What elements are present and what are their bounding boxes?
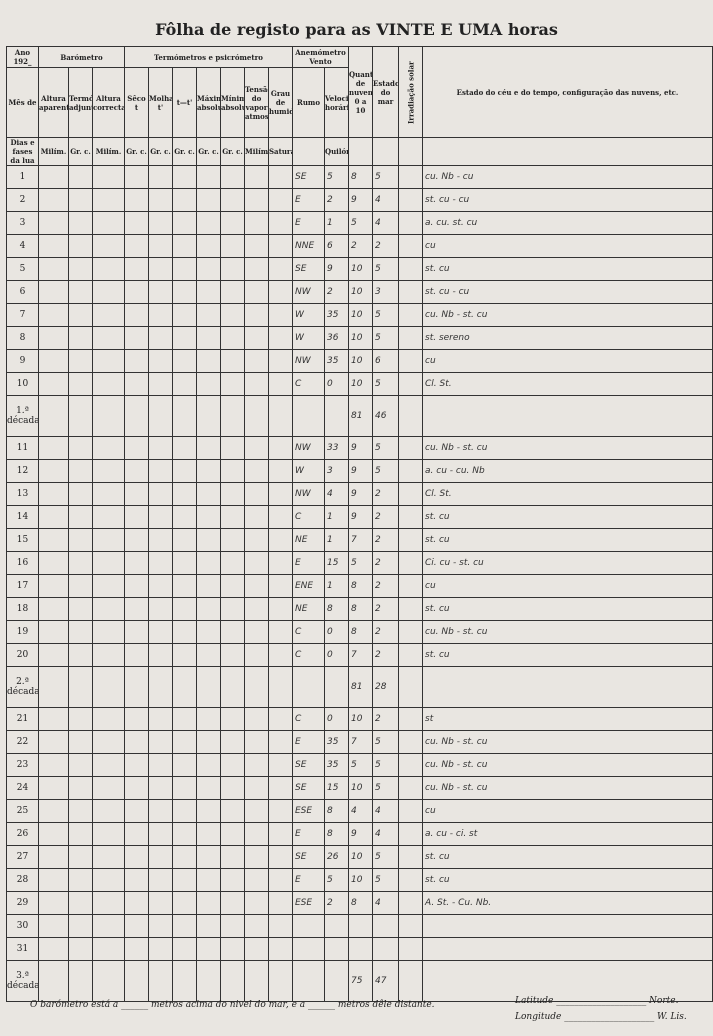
decade-label: 3.ª década (7, 961, 39, 1002)
value-cell (269, 460, 293, 483)
value-cell (173, 166, 197, 189)
value-cell (173, 529, 197, 552)
value-cell (197, 800, 221, 823)
value-cell (173, 621, 197, 644)
value-cell (149, 166, 173, 189)
value-cell (197, 731, 221, 754)
value-cell (399, 938, 423, 961)
value-cell (423, 938, 713, 961)
value-cell (197, 777, 221, 800)
value-cell (245, 731, 269, 754)
value-cell (39, 961, 69, 1002)
value-cell (149, 708, 173, 731)
value-cell (149, 437, 173, 460)
value-cell: 4 (373, 189, 399, 212)
value-cell: 3 (325, 460, 349, 483)
value-cell: Cl. St. (423, 373, 713, 396)
value-cell (125, 506, 149, 529)
value-cell (149, 460, 173, 483)
value-cell (423, 667, 713, 708)
value-cell (69, 437, 93, 460)
value-cell (173, 961, 197, 1002)
value-cell (197, 708, 221, 731)
table-row: 27SE26105st. cu (7, 846, 713, 869)
solar-header: Irradiação solar (399, 47, 423, 138)
value-cell: 2 (373, 644, 399, 667)
value-cell (173, 212, 197, 235)
value-cell: 5 (373, 777, 399, 800)
value-cell: 2 (349, 235, 373, 258)
day-cell: 22 (7, 731, 39, 754)
value-cell: 2 (373, 483, 399, 506)
table-row: 11NW3395cu. Nb - st. cu (7, 437, 713, 460)
value-cell: 5 (373, 304, 399, 327)
value-cell (269, 437, 293, 460)
value-cell (269, 754, 293, 777)
value-cell (269, 644, 293, 667)
value-cell: 47 (373, 961, 399, 1002)
value-cell (173, 754, 197, 777)
value-cell: 10 (349, 350, 373, 373)
day-cell: 1 (7, 166, 39, 189)
value-cell (325, 938, 349, 961)
value-cell (69, 552, 93, 575)
value-cell (399, 281, 423, 304)
value-cell (245, 892, 269, 915)
value-cell (69, 777, 93, 800)
value-cell: st. cu (423, 846, 713, 869)
value-cell (197, 892, 221, 915)
value-cell (69, 731, 93, 754)
value-cell (221, 373, 245, 396)
value-cell (69, 212, 93, 235)
table-row: 20C072st. cu (7, 644, 713, 667)
value-cell (125, 575, 149, 598)
value-cell (93, 869, 125, 892)
value-cell: Cl. St. (423, 483, 713, 506)
longitude-line: Longitude ____________________ W. Lis. (515, 1012, 687, 1022)
value-cell (245, 823, 269, 846)
value-cell: 2 (325, 189, 349, 212)
value-cell (221, 304, 245, 327)
value-cell (69, 754, 93, 777)
table-row: 10C0105Cl. St. (7, 373, 713, 396)
day-cell: 7 (7, 304, 39, 327)
value-cell (69, 708, 93, 731)
value-cell: 8 (349, 598, 373, 621)
value-cell (245, 483, 269, 506)
unit-cell: Milím. (39, 138, 69, 166)
value-cell (221, 166, 245, 189)
value-cell (221, 506, 245, 529)
value-cell (93, 846, 125, 869)
value-cell: st. cu - cu (423, 281, 713, 304)
value-cell: 8 (325, 823, 349, 846)
value-cell (197, 304, 221, 327)
value-cell (173, 915, 197, 938)
value-cell (173, 506, 197, 529)
value-cell: a. cu - cu. Nb (423, 460, 713, 483)
value-cell (293, 667, 325, 708)
value-cell: 5 (349, 212, 373, 235)
value-cell: 5 (373, 166, 399, 189)
value-cell (39, 621, 69, 644)
value-cell (93, 938, 125, 961)
day-cell: 12 (7, 460, 39, 483)
value-cell (197, 506, 221, 529)
value-cell (173, 708, 197, 731)
day-cell: 13 (7, 483, 39, 506)
value-cell (125, 598, 149, 621)
value-cell (245, 777, 269, 800)
value-cell: E (293, 823, 325, 846)
value-cell (221, 189, 245, 212)
value-cell: E (293, 552, 325, 575)
value-cell (125, 708, 149, 731)
h-minima: Mínima absoluta (221, 68, 245, 138)
value-cell (269, 846, 293, 869)
value-cell (269, 823, 293, 846)
value-cell (93, 621, 125, 644)
value-cell (69, 166, 93, 189)
unit-cell (399, 138, 423, 166)
value-cell (173, 552, 197, 575)
value-cell: C (293, 506, 325, 529)
value-cell (125, 529, 149, 552)
value-cell (269, 235, 293, 258)
value-cell: NW (293, 483, 325, 506)
h-grau: Grau de humidade (269, 68, 293, 138)
value-cell: NE (293, 598, 325, 621)
value-cell (399, 667, 423, 708)
value-cell (93, 327, 125, 350)
value-cell (149, 483, 173, 506)
h-termometro: Termómetro adjunto (69, 68, 93, 138)
value-cell (245, 529, 269, 552)
value-cell (125, 304, 149, 327)
value-cell (245, 800, 269, 823)
value-cell (399, 437, 423, 460)
value-cell: a. cu - ci. st (423, 823, 713, 846)
value-cell (197, 235, 221, 258)
value-cell (69, 189, 93, 212)
value-cell: st (423, 708, 713, 731)
value-cell (125, 189, 149, 212)
value-cell (423, 915, 713, 938)
value-cell: 10 (349, 777, 373, 800)
value-cell (197, 189, 221, 212)
h-seco: Sêco t (125, 68, 149, 138)
value-cell (269, 575, 293, 598)
value-cell (173, 304, 197, 327)
value-cell: 2 (373, 621, 399, 644)
value-cell (149, 598, 173, 621)
table-row: 23SE3555cu. Nb - st. cu (7, 754, 713, 777)
value-cell: 33 (325, 437, 349, 460)
value-cell: SE (293, 754, 325, 777)
year-header: Ano 192_ (7, 47, 39, 68)
value-cell (197, 598, 221, 621)
value-cell (173, 437, 197, 460)
value-cell (149, 823, 173, 846)
value-cell (69, 529, 93, 552)
value-cell (93, 529, 125, 552)
value-cell (149, 731, 173, 754)
value-cell: 5 (325, 166, 349, 189)
value-cell (69, 800, 93, 823)
value-cell (93, 708, 125, 731)
value-cell (245, 667, 269, 708)
value-cell (399, 483, 423, 506)
value-cell (93, 552, 125, 575)
value-cell (149, 189, 173, 212)
anemometer-header: AnemómetroVento (293, 47, 349, 68)
value-cell (399, 258, 423, 281)
table-row: 8W36105st. sereno (7, 327, 713, 350)
thermometers-header: Termómetros e psicrómetro (125, 47, 293, 68)
value-cell: a. cu. st. cu (423, 212, 713, 235)
value-cell: 2 (325, 892, 349, 915)
value-cell: 15 (325, 552, 349, 575)
value-cell: C (293, 373, 325, 396)
value-cell (221, 869, 245, 892)
sky-header: Estado do céu e do tempo, configuração d… (423, 47, 713, 138)
value-cell: 4 (373, 212, 399, 235)
table-row: 26E894a. cu - ci. st (7, 823, 713, 846)
value-cell: 2 (373, 598, 399, 621)
value-cell: 8 (325, 800, 349, 823)
value-cell (39, 281, 69, 304)
value-cell (197, 327, 221, 350)
value-cell (173, 483, 197, 506)
value-cell (93, 598, 125, 621)
value-cell (399, 800, 423, 823)
value-cell (245, 915, 269, 938)
barometer-header: Barómetro (39, 47, 125, 68)
value-cell (149, 212, 173, 235)
table-row: 13NW492Cl. St. (7, 483, 713, 506)
value-cell (149, 915, 173, 938)
value-cell: 10 (349, 869, 373, 892)
table-row: 12W395a. cu - cu. Nb (7, 460, 713, 483)
value-cell: ESE (293, 892, 325, 915)
h-velocidade: Velocidade horária (325, 68, 349, 138)
day-cell: 19 (7, 621, 39, 644)
value-cell (93, 189, 125, 212)
h-altura-aparente: Altura aparente (39, 68, 69, 138)
value-cell (39, 644, 69, 667)
value-cell: 35 (325, 754, 349, 777)
value-cell: 35 (325, 350, 349, 373)
value-cell (125, 800, 149, 823)
value-cell: 10 (349, 327, 373, 350)
value-cell: 3 (373, 281, 399, 304)
value-cell (39, 235, 69, 258)
value-cell (69, 644, 93, 667)
value-cell (269, 327, 293, 350)
value-cell (69, 823, 93, 846)
value-cell: cu. Nb - st. cu (423, 437, 713, 460)
value-cell (325, 667, 349, 708)
value-cell: 5 (373, 437, 399, 460)
table-row: 16E1552Ci. cu - st. cu (7, 552, 713, 575)
unit-cell: Saturação=100 (269, 138, 293, 166)
value-cell (269, 529, 293, 552)
value-cell (221, 961, 245, 1002)
value-cell (245, 350, 269, 373)
value-cell: Ci. cu - st. cu (423, 552, 713, 575)
value-cell (245, 552, 269, 575)
value-cell (69, 961, 93, 1002)
day-cell: 3 (7, 212, 39, 235)
day-cell: 14 (7, 506, 39, 529)
value-cell (93, 258, 125, 281)
value-cell (93, 460, 125, 483)
value-cell (39, 396, 69, 437)
unit-cell (373, 138, 399, 166)
value-cell (149, 846, 173, 869)
value-cell: 5 (373, 373, 399, 396)
value-cell (149, 800, 173, 823)
value-cell: 2 (373, 235, 399, 258)
table-row: 5SE9105st. cu (7, 258, 713, 281)
barometer-note: O barómetro está a ______ metros acima d… (30, 1000, 435, 1010)
h-tensao: Tensão do vapor atmosférico (245, 68, 269, 138)
value-cell: 9 (349, 823, 373, 846)
value-cell (173, 189, 197, 212)
value-cell (93, 396, 125, 437)
value-cell: 6 (373, 350, 399, 373)
value-cell (399, 846, 423, 869)
value-cell: 2 (325, 281, 349, 304)
value-cell (221, 598, 245, 621)
value-cell (221, 575, 245, 598)
value-cell (125, 621, 149, 644)
value-cell: A. St. - Cu. Nb. (423, 892, 713, 915)
value-cell (93, 754, 125, 777)
value-cell (125, 235, 149, 258)
value-cell: E (293, 212, 325, 235)
value-cell (399, 823, 423, 846)
value-cell: 9 (349, 189, 373, 212)
h-dias: Dias e fases da lua (7, 138, 39, 166)
value-cell: 5 (373, 869, 399, 892)
value-cell (149, 396, 173, 437)
value-cell (125, 437, 149, 460)
value-cell: 8 (349, 575, 373, 598)
value-cell: 4 (349, 800, 373, 823)
value-cell (39, 938, 69, 961)
day-cell: 30 (7, 915, 39, 938)
day-cell: 17 (7, 575, 39, 598)
value-cell (197, 754, 221, 777)
h-rumo: Rumo (293, 68, 325, 138)
value-cell (125, 938, 149, 961)
value-cell (173, 644, 197, 667)
table-row: 22E3575cu. Nb - st. cu (7, 731, 713, 754)
value-cell (173, 396, 197, 437)
value-cell (69, 483, 93, 506)
value-cell (93, 373, 125, 396)
value-cell (39, 189, 69, 212)
value-cell: 36 (325, 327, 349, 350)
value-cell: 4 (373, 800, 399, 823)
value-cell (39, 915, 69, 938)
value-cell (399, 644, 423, 667)
value-cell (69, 327, 93, 350)
h-altura-correcta: Altura correcta (93, 68, 125, 138)
value-cell (149, 869, 173, 892)
value-cell (197, 166, 221, 189)
value-cell (399, 350, 423, 373)
value-cell (39, 892, 69, 915)
decade-summary-row: 2.ª década8128 (7, 667, 713, 708)
value-cell (245, 644, 269, 667)
value-cell (221, 396, 245, 437)
value-cell (221, 846, 245, 869)
value-cell (221, 281, 245, 304)
value-cell (269, 552, 293, 575)
value-cell (399, 869, 423, 892)
unit-cell: Milím. (93, 138, 125, 166)
value-cell: 81 (349, 396, 373, 437)
value-cell: 5 (373, 327, 399, 350)
table-row: 17ENE182cu (7, 575, 713, 598)
value-cell (325, 961, 349, 1002)
value-cell (269, 800, 293, 823)
value-cell: E (293, 731, 325, 754)
day-cell: 21 (7, 708, 39, 731)
value-cell: 1 (325, 212, 349, 235)
value-cell (149, 575, 173, 598)
value-cell (269, 667, 293, 708)
value-cell: 9 (349, 460, 373, 483)
value-cell (399, 396, 423, 437)
decade-summary-row: 1.ª década8146 (7, 396, 713, 437)
value-cell (39, 460, 69, 483)
value-cell: 10 (349, 373, 373, 396)
value-cell: ESE (293, 800, 325, 823)
table-row: 2E294st. cu - cu (7, 189, 713, 212)
value-cell (149, 529, 173, 552)
value-cell (221, 823, 245, 846)
value-cell: 8 (349, 892, 373, 915)
value-cell: W (293, 327, 325, 350)
value-cell: cu. Nb - st. cu (423, 731, 713, 754)
day-cell: 24 (7, 777, 39, 800)
value-cell (197, 258, 221, 281)
value-cell (399, 235, 423, 258)
value-cell: 10 (349, 304, 373, 327)
value-cell (149, 327, 173, 350)
value-cell: 8 (325, 598, 349, 621)
value-cell: 6 (325, 235, 349, 258)
value-cell: NW (293, 350, 325, 373)
value-cell (39, 777, 69, 800)
unit-cell: Gr. c. (221, 138, 245, 166)
day-cell: 23 (7, 754, 39, 777)
value-cell (149, 644, 173, 667)
value-cell (245, 304, 269, 327)
value-cell: cu. Nb - st. cu (423, 754, 713, 777)
value-cell (245, 506, 269, 529)
value-cell: 7 (349, 644, 373, 667)
value-cell (197, 869, 221, 892)
value-cell (269, 189, 293, 212)
value-cell (125, 961, 149, 1002)
value-cell: 2 (373, 575, 399, 598)
unit-cell: Gr. c. (69, 138, 93, 166)
